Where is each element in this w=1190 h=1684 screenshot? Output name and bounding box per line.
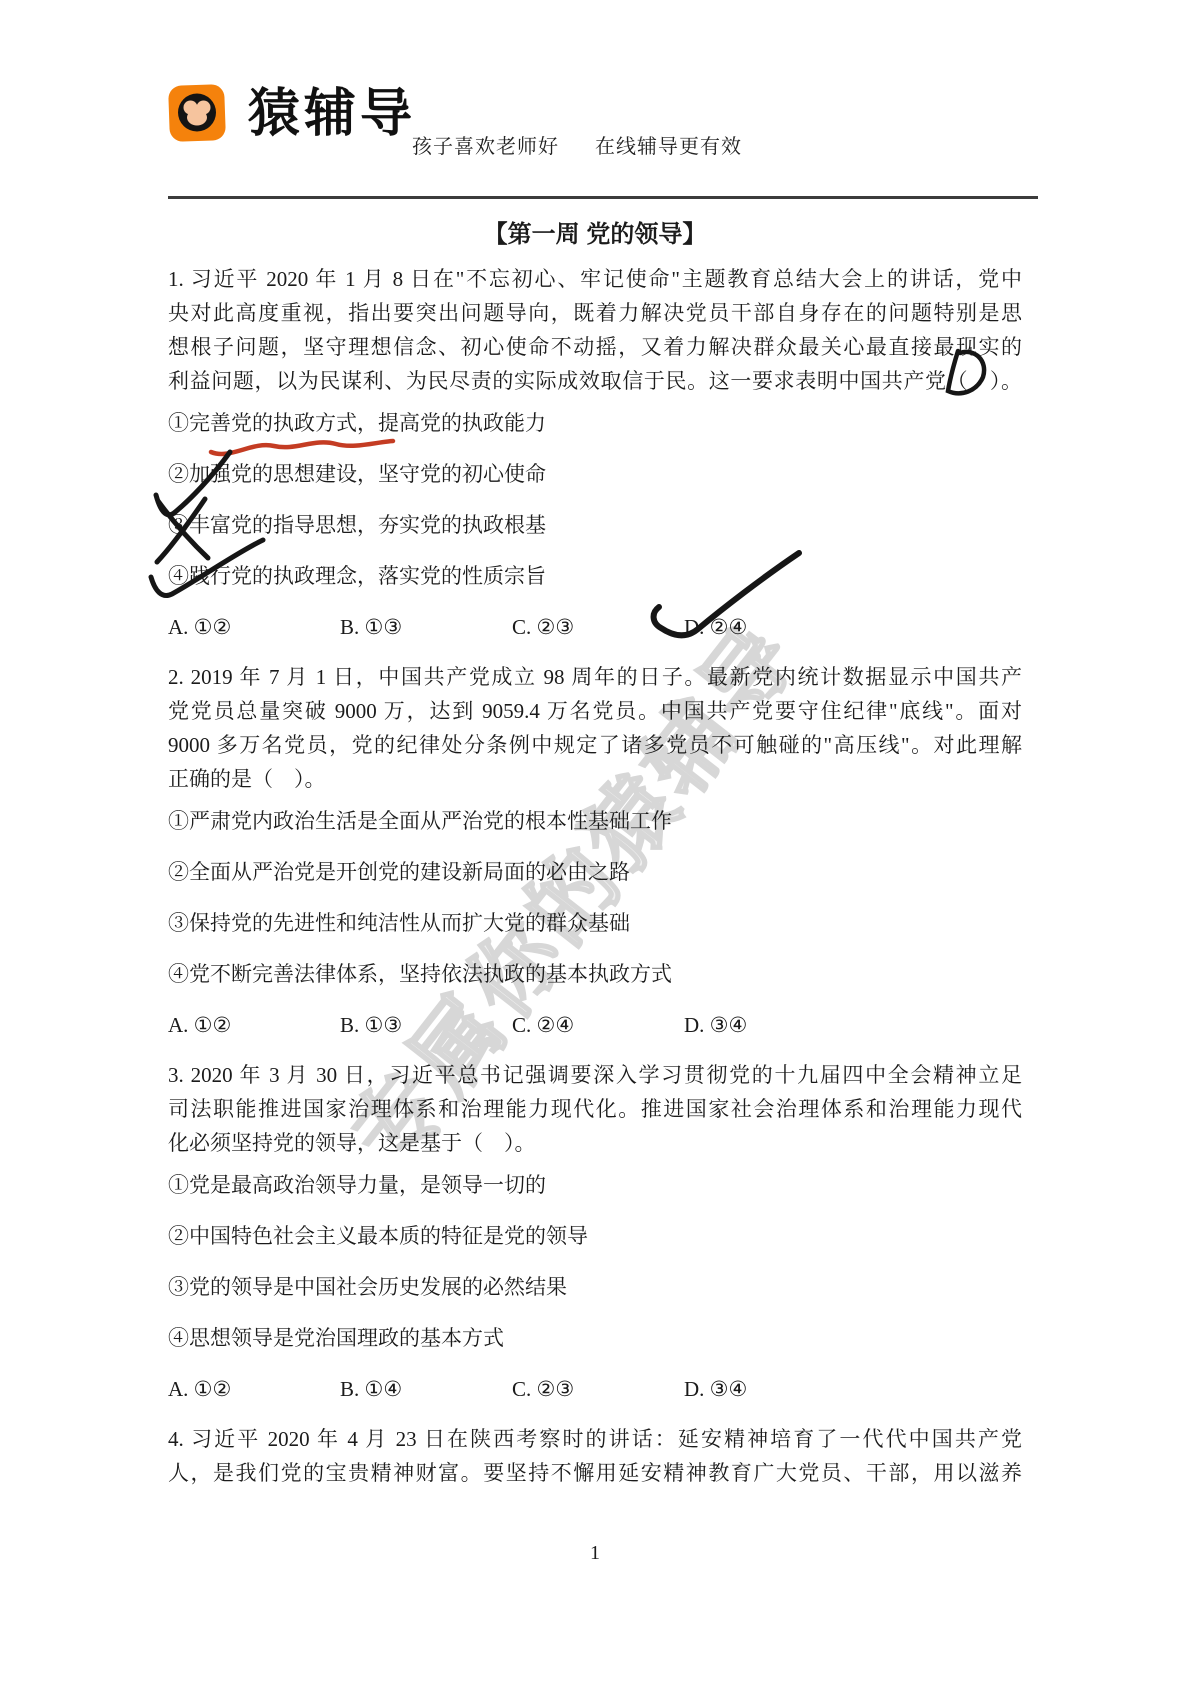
q3-option-3: ③党的领导是中国社会历史发展的必然结果 (168, 1262, 1022, 1313)
header-divider (168, 196, 1038, 199)
q1-stem-line-3: 想根子问题，坚守理想信念、初心使命不动摇，又着力解决群众最关心最直接最现实的 (168, 330, 1022, 364)
q1-option-4: ④践行党的执政理念，落实党的性质宗旨 (168, 551, 1022, 602)
question-2: 2. 2019 年 7 月 1 日，中国共产党成立 98 周年的日子。最新党内统… (168, 660, 1022, 1050)
worksheet-page: 专属你的猿辅导 猿辅导 孩子喜欢老师好 在线辅导更有效 【第一周 党的领导】 1… (0, 0, 1190, 1684)
q1-answer-choice-d: D. ②④ (684, 602, 747, 652)
q2-stem-line-4: 正确的是（ ）。 (168, 762, 1022, 796)
document-body: 【第一周 党的领导】 1. 习近平 2020 年 1 月 8 日在"不忘初心、牢… (168, 220, 1022, 1490)
brand-logotype: 猿辅导 (248, 84, 416, 144)
q2-answer-choice-a: A. ①② (168, 1000, 340, 1050)
q1-option-2: ②加强党的思想建设，坚守党的初心使命 (168, 449, 1022, 500)
q1-answer-choices-row: A. ①②B. ①③C. ②③D. ②④ (168, 602, 1022, 652)
q3-stem-line-3: 化必须坚持党的领导，这是基于（ ）。 (168, 1126, 1022, 1160)
q2-stem-line-3: 9000 多万名党员，党的纪律处分条例中规定了诸多党员不可触碰的"高压线"。对此… (168, 728, 1022, 762)
q4-stem-line-2: 人，是我们党的宝贵精神财富。要坚持不懈用延安精神教育广大党员、干部，用以滋养 (168, 1456, 1022, 1490)
q3-stem-line-2: 司法职能推进国家治理体系和治理能力现代化。推进国家社会治理体系和治理能力现代 (168, 1092, 1022, 1126)
q3-answer-choices-row: A. ①②B. ①④C. ②③D. ③④ (168, 1364, 1022, 1414)
q3-option-2: ②中国特色社会主义最本质的特征是党的领导 (168, 1211, 1022, 1262)
q1-stem-line-2: 央对此高度重视，指出要突出问题导向，既着力解决党员干部自身存在的问题特别是思 (168, 296, 1022, 330)
q1-stem-line-4: 利益问题，以为民谋利、为民尽责的实际成效取信于民。这一要求表明中国共产党（ ）。 (168, 364, 1022, 398)
q3-stem-line-1: 3. 2020 年 3 月 30 日，习近平总书记强调要深入学习贯彻党的十九届四… (168, 1058, 1022, 1092)
q3-answer-choice-a: A. ①② (168, 1364, 340, 1414)
q2-answer-choice-b: B. ①③ (340, 1000, 512, 1050)
q2-option-1: ①严肃党内政治生活是全面从严治党的根本性基础工作 (168, 796, 1022, 847)
question-1: 1. 习近平 2020 年 1 月 8 日在"不忘初心、牢记使命"主题教育总结大… (168, 262, 1022, 652)
q1-option-1: ①完善党的执政方式，提高党的执政能力 (168, 398, 1022, 449)
q3-answer-choice-c: C. ②③ (512, 1364, 684, 1414)
q2-stem-line-1: 2. 2019 年 7 月 1 日，中国共产党成立 98 周年的日子。最新党内统… (168, 660, 1022, 694)
q2-answer-choice-c: C. ②④ (512, 1000, 684, 1050)
q2-stem-line-2: 党党员总量突破 9000 万，达到 9059.4 万名党员。中国共产党要守住纪律… (168, 694, 1022, 728)
q1-stem-line-1: 1. 习近平 2020 年 1 月 8 日在"不忘初心、牢记使命"主题教育总结大… (168, 262, 1022, 296)
page-title: 【第一周 党的领导】 (168, 220, 1022, 250)
q2-answer-choice-d: D. ③④ (684, 1000, 747, 1050)
q2-option-4: ④党不断完善法律体系，坚持依法执政的基本执政方式 (168, 949, 1022, 1000)
brand-tagline: 孩子喜欢老师好 在线辅导更有效 (412, 130, 742, 159)
page-number: 1 (0, 1542, 1190, 1565)
question-4: 4. 习近平 2020 年 4 月 23 日在陕西考察时的讲话：延安精神培育了一… (168, 1422, 1022, 1490)
q2-answer-choices-row: A. ①②B. ①③C. ②④D. ③④ (168, 1000, 1022, 1050)
q2-option-3: ③保持党的先进性和纯洁性从而扩大党的群众基础 (168, 898, 1022, 949)
q1-answer-choice-a: A. ①② (168, 602, 340, 652)
q1-answer-choice-b: B. ①③ (340, 602, 512, 652)
q3-answer-choice-d: D. ③④ (684, 1364, 747, 1414)
q3-option-4: ④思想领导是党治国理政的基本方式 (168, 1313, 1022, 1364)
yuanfudao-monkey-logo-icon (168, 84, 226, 142)
q3-answer-choice-b: B. ①④ (340, 1364, 512, 1414)
tagline-left: 孩子喜欢老师好 (412, 136, 559, 158)
q2-option-2: ②全面从严治党是开创党的建设新局面的必由之路 (168, 847, 1022, 898)
q1-option-3: ③丰富党的指导思想，夯实党的执政根基 (168, 500, 1022, 551)
q3-option-1: ①党是最高政治领导力量，是领导一切的 (168, 1160, 1022, 1211)
question-3: 3. 2020 年 3 月 30 日，习近平总书记强调要深入学习贯彻党的十九届四… (168, 1058, 1022, 1414)
q1-answer-choice-c: C. ②③ (512, 602, 684, 652)
tagline-right: 在线辅导更有效 (595, 136, 742, 158)
q4-stem-line-1: 4. 习近平 2020 年 4 月 23 日在陕西考察时的讲话：延安精神培育了一… (168, 1422, 1022, 1456)
